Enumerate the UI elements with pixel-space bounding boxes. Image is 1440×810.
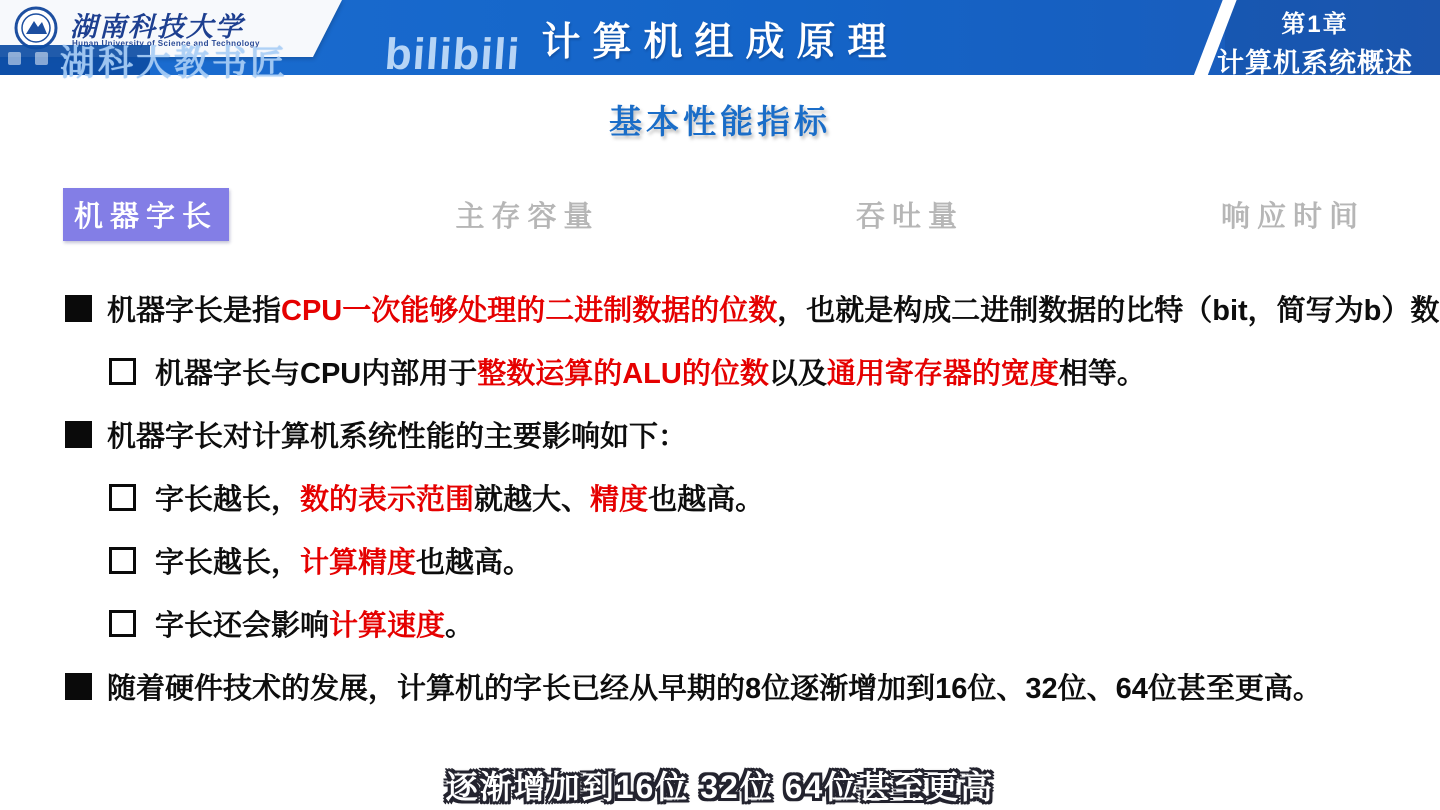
- chapter-number: 第1章: [1200, 4, 1430, 39]
- subtitle-caption: 逐渐增加到16位 32位 64位甚至更高: [0, 762, 1440, 808]
- channel-watermark: 湖科大教书匠: [60, 36, 288, 86]
- university-emblem-icon: [14, 6, 58, 50]
- text-segment-red: 整数运算的ALU的位数: [477, 358, 769, 390]
- text-segment-black: 相等。: [1059, 358, 1146, 390]
- hollow-square-marker: [109, 358, 136, 385]
- text-segment-red: 计算精度: [300, 547, 416, 579]
- text-segment-black: 字长越长，: [155, 484, 300, 516]
- hollow-square-marker: [109, 484, 136, 511]
- filled-square-marker: [65, 673, 92, 700]
- tab-throughput: 吞吐量: [815, 188, 1005, 241]
- course-title: 计算机组成原理: [541, 11, 898, 67]
- bullet-text: 机器字长是指CPU一次能够处理的二进制数据的位数，也就是构成二进制数据的比特（b…: [107, 288, 1440, 329]
- bullet-list: 机器字长是指CPU一次能够处理的二进制数据的位数，也就是构成二进制数据的比特（b…: [65, 277, 1395, 718]
- bullet-text: 字长还会影响计算速度。: [155, 603, 474, 644]
- bullet-line: 机器字长对计算机系统性能的主要影响如下：: [65, 403, 1395, 466]
- video-frame: 湖南科技大学 Hunan University of Science and T…: [0, 0, 1440, 810]
- text-segment-black: 机器字长与CPU内部用于: [155, 358, 477, 390]
- text-segment-red: CPU一次能够处理的二进制数据的位数: [281, 295, 777, 327]
- chapter-label: 第1章 计算机系统概述: [1200, 4, 1430, 80]
- text-segment-black: 字长还会影响: [155, 610, 329, 642]
- hollow-square-marker: [109, 610, 136, 637]
- text-segment-red: 通用寄存器的宽度: [827, 358, 1059, 390]
- text-segment-black: 就越大、: [474, 484, 590, 516]
- text-segment-red: 数的表示范围: [300, 484, 474, 516]
- chapter-name: 计算机系统概述: [1200, 41, 1430, 80]
- filled-square-marker: [65, 421, 92, 448]
- bullet-line: 随着硬件技术的发展，计算机的字长已经从早期的8位逐渐增加到16位、32位、64位…: [65, 655, 1395, 718]
- tab-machine-word-length: 机器字长: [63, 188, 229, 241]
- bullet-line: 字长越长，数的表示范围就越大、精度也越高。: [65, 466, 1395, 529]
- bullet-line: 字长越长，计算精度也越高。: [65, 529, 1395, 592]
- text-segment-black: 以及: [769, 358, 827, 390]
- bullet-text: 字长越长，计算精度也越高。: [155, 540, 532, 581]
- bullet-text: 字长越长，数的表示范围就越大、精度也越高。: [155, 477, 764, 518]
- text-segment-black: 机器字长是指: [107, 295, 281, 327]
- tab-response-time: 响应时间: [1198, 188, 1388, 241]
- bullet-text: 机器字长与CPU内部用于整数运算的ALU的位数以及通用寄存器的宽度相等。: [155, 351, 1146, 392]
- text-segment-black: 也越高。: [416, 547, 532, 579]
- text-segment-black: 。: [445, 610, 474, 642]
- tab-main-memory-capacity: 主存容量: [425, 188, 630, 241]
- bullet-text: 随着硬件技术的发展，计算机的字长已经从早期的8位逐渐增加到16位、32位、64位…: [107, 666, 1322, 707]
- bullet-line: 机器字长与CPU内部用于整数运算的ALU的位数以及通用寄存器的宽度相等。: [65, 340, 1395, 403]
- text-segment-black: 随着硬件技术的发展，计算机的字长已经从早期的8位逐渐增加到16位、32位、64位…: [107, 673, 1322, 705]
- bilibili-logo: bilibili: [383, 30, 522, 80]
- text-segment-red: 计算速度: [329, 610, 445, 642]
- bullet-text: 机器字长对计算机系统性能的主要影响如下：: [107, 414, 687, 455]
- text-segment-black: 字长越长，: [155, 547, 300, 579]
- text-segment-black: 机器字长对计算机系统性能的主要影响如下：: [107, 421, 687, 453]
- left-badge-icons: [8, 52, 58, 68]
- filled-square-marker: [65, 295, 92, 322]
- header-bar: 湖南科技大学 Hunan University of Science and T…: [0, 0, 1440, 75]
- hollow-square-marker: [109, 547, 136, 574]
- bullet-line: 字长还会影响计算速度。: [65, 592, 1395, 655]
- slide-title: 基本性能指标: [0, 96, 1440, 143]
- bullet-line: 机器字长是指CPU一次能够处理的二进制数据的位数，也就是构成二进制数据的比特（b…: [65, 277, 1395, 340]
- text-segment-black: ，也就是构成二进制数据的比特（bit，简写为b）数量。: [777, 295, 1440, 327]
- text-segment-red: 精度: [590, 484, 648, 516]
- text-segment-black: 也越高。: [648, 484, 764, 516]
